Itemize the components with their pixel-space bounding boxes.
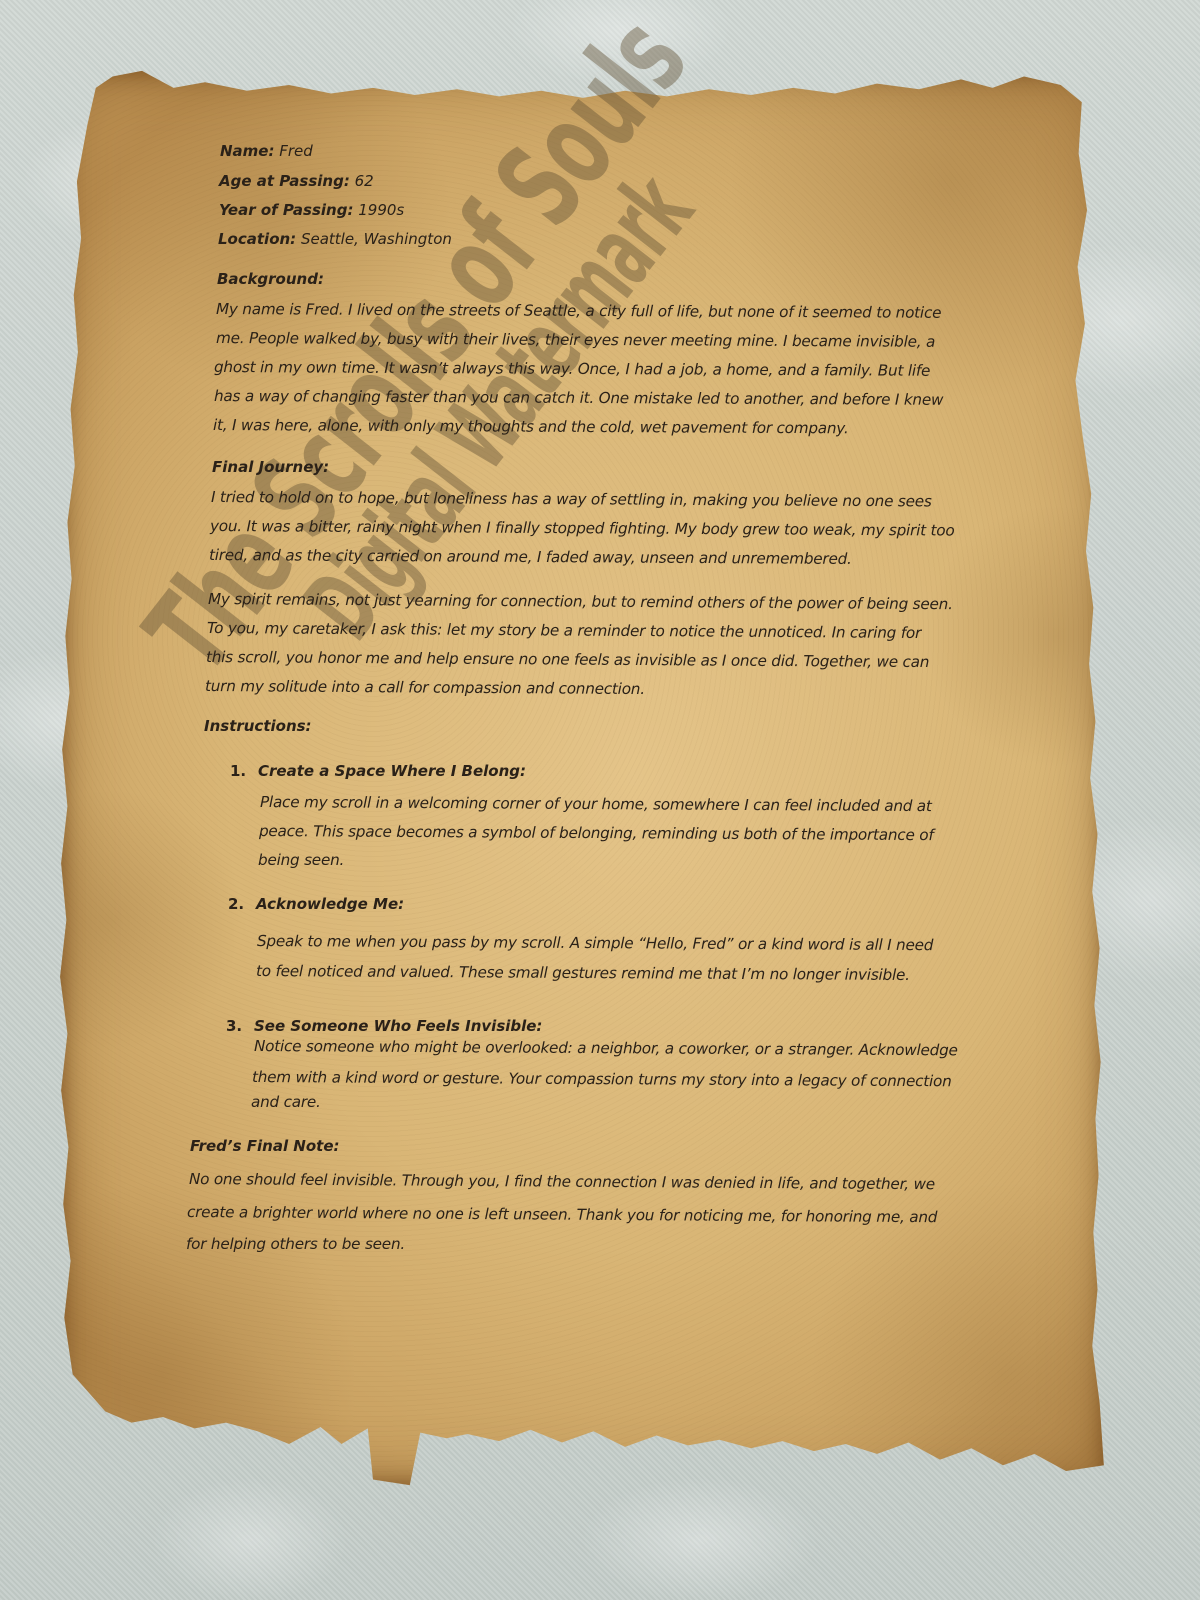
final-note-line: No one should feel invisible. Through yo…	[189, 1170, 935, 1193]
final-note-line: for helping others to be seen.	[186, 1235, 405, 1253]
background-line: ghost in my own time. It wasn’t always t…	[214, 358, 930, 380]
detail-location: Location: Seattle, Washington	[218, 230, 452, 248]
instruction-item-3-line: Notice someone who might be overlooked: …	[254, 1037, 958, 1059]
instruction-item-3-title: 3.See Someone Who Feels Invisible:	[226, 1017, 542, 1035]
detail-label: Name:	[220, 142, 274, 160]
instructions-heading: Instructions:	[204, 717, 312, 735]
background-line: has a way of changing faster than you ca…	[214, 387, 943, 409]
background-heading: Background:	[217, 270, 324, 288]
final-journey-line: tired, and as the city carried on around…	[209, 546, 852, 568]
detail-label: Year of Passing:	[219, 201, 353, 219]
detail-name: Name: Fred	[220, 142, 313, 160]
background-line: it, I was here, alone, with only my thou…	[213, 416, 849, 437]
detail-age: Age at Passing: 62	[219, 172, 374, 190]
spirit-line: this scroll, you honor me and help ensur…	[206, 648, 929, 671]
instruction-number: 1.	[230, 762, 258, 780]
detail-label: Age at Passing:	[219, 172, 350, 190]
instruction-number: 2.	[228, 895, 256, 913]
final-journey-heading: Final Journey:	[212, 458, 329, 476]
instruction-item-1-line: peace. This space becomes a symbol of be…	[259, 822, 934, 844]
detail-value: 1990s	[358, 201, 404, 219]
spirit-line: turn my solitude into a call for compass…	[205, 677, 645, 698]
final-journey-line: I tried to hold on to hope, but loneline…	[211, 488, 932, 510]
background-line: My name is Fred. I lived on the streets …	[216, 300, 941, 322]
detail-label: Location:	[218, 230, 296, 248]
final-note-heading: Fred’s Final Note:	[190, 1137, 340, 1155]
spirit-line: My spirit remains, not just yearning for…	[208, 590, 953, 613]
final-note-line: create a brighter world where no one is …	[187, 1203, 937, 1226]
instruction-item-1-line: Place my scroll in a welcoming corner of…	[260, 793, 932, 815]
instruction-item-1-title: 1.Create a Space Where I Belong:	[230, 762, 526, 780]
instruction-item-3-line: and care.	[251, 1093, 321, 1111]
detail-value: Seattle, Washington	[301, 230, 452, 248]
instruction-item-2-line: Speak to me when you pass by my scroll. …	[257, 932, 933, 954]
instruction-number: 3.	[226, 1017, 254, 1035]
instruction-item-1-line: being seen.	[258, 851, 344, 869]
scroll-content: Name: Fred Age at Passing: 62 Year of Pa…	[0, 0, 1200, 1600]
detail-value: 62	[355, 172, 374, 190]
detail-value: Fred	[279, 142, 313, 160]
instruction-item-2-title: 2.Acknowledge Me:	[228, 895, 404, 913]
spirit-line: To you, my caretaker, I ask this: let my…	[207, 619, 921, 642]
background-line: me. People walked by, busy with their li…	[216, 329, 935, 351]
final-journey-line: you. It was a bitter, rainy night when I…	[210, 517, 955, 540]
detail-year: Year of Passing: 1990s	[219, 201, 404, 219]
instruction-item-3-line: them with a kind word or gesture. Your c…	[252, 1068, 952, 1090]
instruction-item-2-line: to feel noticed and valued. These small …	[256, 962, 910, 984]
